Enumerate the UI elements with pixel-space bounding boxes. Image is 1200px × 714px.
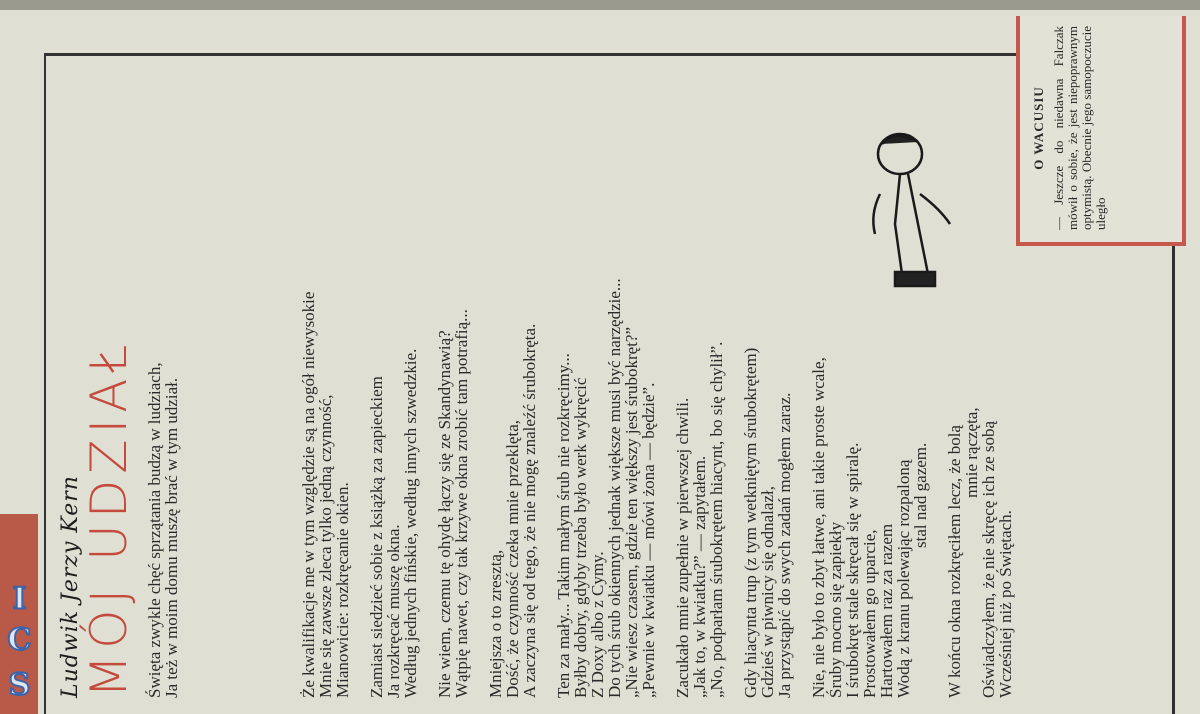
poem-line: Zacukało mnie zupełnie w pierwszej chwil… — [674, 278, 691, 698]
banner-letter: S — [8, 668, 30, 703]
sidebar-heading: O WACUSIU — [1032, 26, 1046, 230]
poem-line: „No, podparłam śrubokrętem hiacynt, bo s… — [708, 278, 725, 698]
poem-line: W końcu okna rozkręciłem lecz, że bolą — [946, 278, 963, 698]
poem-line: Zamiast siedzieć sobie z książką za zapi… — [368, 278, 385, 698]
poem-line: Według jednych fińskie, według innych sz… — [402, 278, 419, 698]
poem-line: Mniejsza o to zresztą, — [487, 278, 504, 698]
cartoon-man-with-screwdriver-icon — [840, 124, 960, 294]
banner-letter: I — [12, 582, 26, 617]
stanza: Gdy hiacynta trup (z tym wetkniętym śrub… — [742, 278, 793, 698]
poem-line: A zaczyna się od tego, że nie mogę znale… — [521, 278, 538, 698]
poem-line: Oświadczyłem, że nie skręcę ich ze sobą — [980, 278, 997, 698]
poem-line: Do tych śrub okiennych jednak większe mu… — [606, 278, 623, 698]
stanza: W końcu okna rozkręciłem lecz, że bolą m… — [946, 278, 1014, 698]
poem-line: Mnie się zawsze zleca tylko jedną czynno… — [317, 278, 334, 698]
poem-line: I śrubokręt stale skręcał się w spiralę. — [844, 278, 861, 698]
poem-line: Byłby dobry, gdyby trzeba było werk wykr… — [572, 278, 589, 698]
poem-line: stal nad gazem. — [912, 278, 929, 698]
sidebar-box: O WACUSIU — Jeszcze do niedawna Falczak … — [1016, 16, 1186, 246]
stanza: Nie wiem, czemu tę ohydę łączy się ze Sk… — [436, 278, 470, 698]
stanza: Zamiast siedzieć sobie z książką za zapi… — [368, 278, 419, 698]
poem-line: Prostowałem go uparcie, — [861, 278, 878, 698]
scan-edge — [0, 0, 1200, 10]
poem-line: Wodą z kranu polewając rozpaloną — [895, 278, 912, 698]
stanza: Że kwalifikacje me w tym względzie są na… — [300, 278, 351, 698]
sidebar-text: — Jeszcze do niedawna Falczak mówił o so… — [1052, 26, 1108, 230]
poem-line: mnie rączęta, — [963, 278, 980, 698]
poem-line: Dość, że czynność czeka mnie przeklęta, — [504, 278, 521, 698]
poem-line: Święta zwykle chęć sprzątania budzą w lu… — [146, 278, 163, 698]
frame-rule-side — [44, 53, 1174, 56]
poem-line: Ja też w moim domu muszę brać w tym udzi… — [163, 278, 180, 698]
frame-rule-top — [44, 54, 46, 714]
poem-line: „Jak to, w kwiatku?” — zapytałem. — [691, 278, 708, 698]
poem-line: „Nie wiesz czasem, gdzie ten większy jes… — [623, 278, 640, 698]
poem-line: Hartowałem raz za razem — [878, 278, 895, 698]
poem-line: Ja przystąpić do swych zadań mogłem zara… — [776, 278, 793, 698]
poem-line: Wątpię nawet, czy tak krzywe okna zrobić… — [453, 278, 470, 698]
poem-line: Śruby mocno się zapiekły — [827, 278, 844, 698]
poem-line: Nie, nie było to zbyt łatwe, ani takie p… — [810, 278, 827, 698]
poem-line: Że kwalifikacje me w tym względzie są na… — [300, 278, 317, 698]
stanza: Mniejsza o to zresztą, Dość, że czynność… — [487, 278, 538, 698]
poem-line: Gdy hiacynta trup (z tym wetkniętym śrub… — [742, 278, 759, 698]
stanza: Święta zwykle chęć sprzątania budzą w lu… — [146, 278, 180, 698]
stanza: Nie, nie było to zbyt łatwe, ani takie p… — [810, 278, 929, 698]
magazine-page: S C I Ludwik Jerzy Kern MÓJ UDZIAŁ Święt… — [0, 0, 1200, 714]
poem-line: Z Doxy albo z Cymy. — [589, 278, 606, 698]
poem-line: Nie wiem, czemu tę ohydę łączy się ze Sk… — [436, 278, 453, 698]
masthead-banner: S C I — [0, 514, 38, 714]
poem-line: „Pewnie w kwiatku — mówi żona — będzie”. — [640, 278, 657, 698]
banner-letter: C — [7, 623, 31, 658]
stanza: Zacukało mnie zupełnie w pierwszej chwil… — [674, 278, 725, 698]
poem-body: Święta zwykle chęć sprzątania budzą w lu… — [146, 278, 1031, 698]
poem-line: Ten za mały... Takim małym śrub nie rozk… — [555, 278, 572, 698]
stanza: Ten za mały... Takim małym śrub nie rozk… — [555, 278, 657, 698]
poem-line: Wcześniej niż po Świętach. — [997, 278, 1014, 698]
poem-line: Ja rozkręcać muszę okna. — [385, 278, 402, 698]
article-title: MÓJ UDZIAŁ — [80, 338, 138, 698]
poem-line: Mianowicie: rozkręcanie okien. — [334, 278, 351, 698]
poem-line: Gdzieś w piwnicy się odnalazł, — [759, 278, 776, 698]
